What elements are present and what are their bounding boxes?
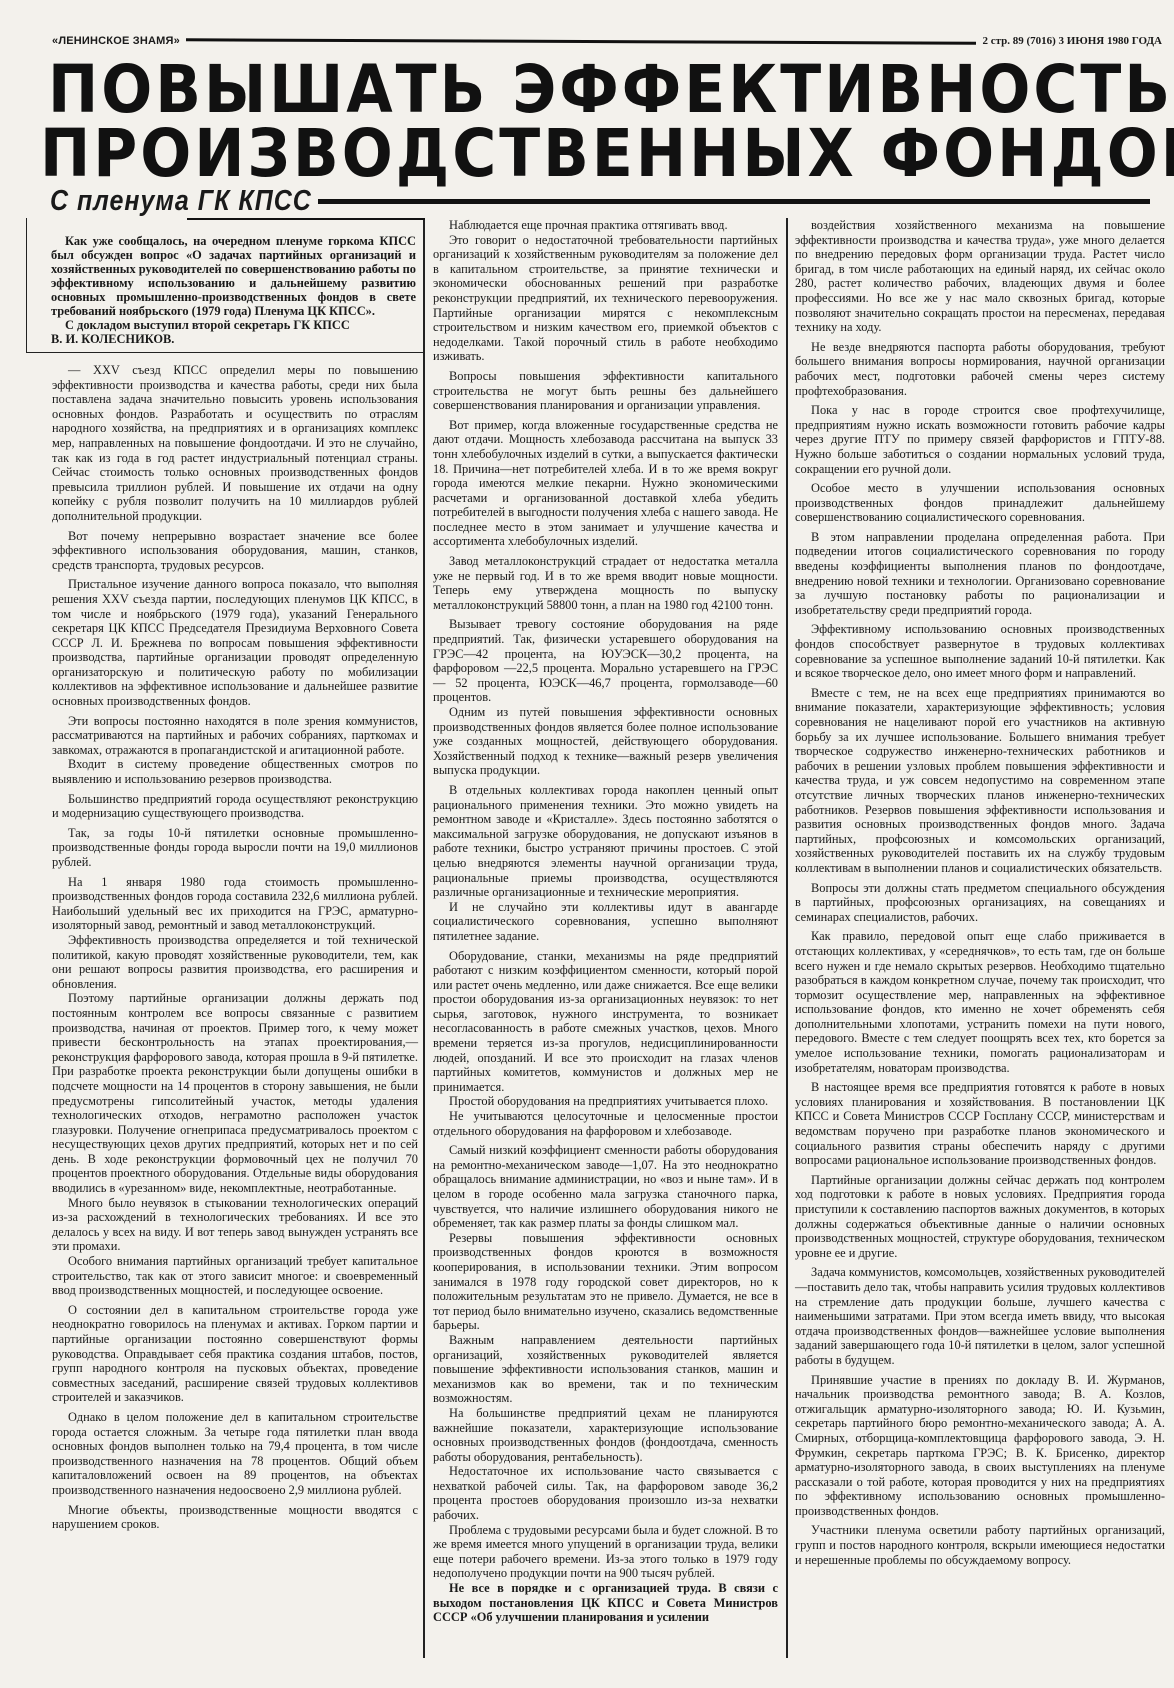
paragraph: В этом направлении проделана определенна… [795, 530, 1165, 618]
paragraph: Большинство предприятий города осуществл… [52, 792, 418, 821]
paragraph: Задача коммунистов, комсомольцев, хозяйс… [795, 1265, 1165, 1367]
paragraph: Недостаточное их использование часто свя… [433, 1464, 778, 1522]
paragraph: Оборудование, станки, механизмы на ряде … [433, 949, 778, 1095]
paragraph: Не все в порядке и с организацией труда.… [433, 1581, 778, 1625]
paragraph: Особое место в улучшении использования о… [795, 481, 1165, 525]
masthead-rule [186, 38, 976, 44]
paragraph: Наблюдается еще прочная практика оттягив… [433, 218, 778, 233]
paragraph: Не учитываются целосуточные и целосменны… [433, 1109, 778, 1138]
paragraph: Пристальное изучение данного вопроса пок… [52, 577, 418, 708]
paragraph: Эти вопросы постоянно находятся в поле з… [52, 714, 418, 758]
paragraph: Входит в систему проведение общественных… [52, 757, 418, 786]
paragraph: Много было неувязок в стыковании техноло… [52, 1196, 418, 1254]
paragraph: Участники пленума осветили работу партий… [795, 1523, 1165, 1567]
issue-info: 2 стр. 89 (7016) 3 ИЮНЯ 1980 ГОДА [982, 35, 1162, 47]
paragraph: Эффективность производства определяется … [52, 933, 418, 991]
paragraph: Пока у нас в городе строится свое профте… [795, 403, 1165, 476]
paragraph: В настоящее время все предприятия готовя… [795, 1080, 1165, 1168]
paragraph: Особого внимания партийных организаций т… [52, 1254, 418, 1298]
paragraph: Не везде внедряются паспорта работы обор… [795, 340, 1165, 398]
paragraph: Как правило, передовой опыт еще слабо пр… [795, 929, 1165, 1075]
paragraph: Простой оборудования на предприятиях учи… [433, 1094, 778, 1109]
headline-line-2: ПРОИЗВОДСТВЕННЫХ ФОНДОВ [40, 119, 1140, 189]
article-column-1: Как уже сообщалось, на очередном пленуме… [52, 218, 418, 1537]
paragraph: Одним из путей повышения эффективности о… [433, 705, 778, 778]
paragraph: Важным направлением деятельности партийн… [433, 1333, 778, 1406]
paragraph: Вопросы повышения эффективности капиталь… [433, 369, 778, 413]
newspaper-name: «ЛЕНИНСКОЕ ЗНАМЯ» [52, 35, 180, 47]
paragraph: В отдельных коллективах города накоплен … [433, 783, 778, 900]
column-divider [786, 218, 788, 1658]
paragraph: Это говорит о недостаточной требовательн… [433, 233, 778, 364]
article-column-2: Наблюдается еще прочная практика оттягив… [433, 218, 778, 1625]
paragraph: Принявшие участие в прениях по докладу В… [795, 1373, 1165, 1519]
paragraph: Вместе с тем, не на всех еще предприятия… [795, 686, 1165, 876]
paragraph: Завод металлоконструкций страдает от нед… [433, 554, 778, 612]
paragraph: О состоянии дел в капитальном строительс… [52, 1303, 418, 1405]
paragraph: Партийные организации должны сейчас держ… [795, 1173, 1165, 1261]
paragraph: И не случайно эти коллективы идут в аван… [433, 900, 778, 944]
paragraph: Вот пример, когда вложенные государствен… [433, 418, 778, 549]
paragraph: Самый низкий коэффициент сменности работ… [433, 1143, 778, 1231]
paragraph: — XXV съезд КПСС определил меры по повыш… [52, 363, 418, 524]
paragraph: Проблема с трудовыми ресурсами была и бу… [433, 1523, 778, 1581]
paragraph: Резервы повышения эффективности основных… [433, 1231, 778, 1333]
headline: ПОВЫШАТЬ ЭФФЕКТИВНОСТЬ ПРОИЗВОДСТВЕННЫХ … [40, 58, 1140, 186]
lead-text: Как уже сообщалось, на очередном пленуме… [51, 234, 416, 318]
lead-speaker-name: В. И. КОЛЕСНИКОВ. [51, 332, 416, 346]
paragraph: Эффективному использованию основных прои… [795, 622, 1165, 680]
paragraph: Однако в целом положение дел в капитальн… [52, 1410, 418, 1498]
masthead: «ЛЕНИНСКОЕ ЗНАМЯ» 2 стр. 89 (7016) 3 ИЮН… [52, 30, 1162, 52]
rubric-rule [318, 199, 1150, 204]
paragraph: воздействия хозяйственного механизма на … [795, 218, 1165, 335]
paragraph: Многие объекты, производственные мощност… [52, 1503, 418, 1532]
rubric-label: С пленума ГК КПСС [50, 185, 312, 218]
paragraph: На 1 января 1980 года стоимость промышле… [52, 875, 418, 933]
newspaper-page: «ЛЕНИНСКОЕ ЗНАМЯ» 2 стр. 89 (7016) 3 ИЮН… [0, 0, 1174, 1688]
rubric: С пленума ГК КПСС [50, 187, 1150, 216]
paragraph: Так, за годы 10-й пятилетки основные про… [52, 826, 418, 870]
article-column-3: воздействия хозяйственного механизма на … [795, 218, 1165, 1572]
paragraph: На большинстве предприятий цехам не план… [433, 1406, 778, 1464]
paragraph: Поэтому партийные организации должны дер… [52, 991, 418, 1195]
paragraph: Вот почему непрерывно возрастает значени… [52, 529, 418, 573]
lead-speaker-line: С докладом выступил второй секретарь ГК … [51, 318, 416, 332]
paragraph: Вопросы эти должны стать предметом специ… [795, 881, 1165, 925]
paragraph: Вызывает тревогу состояние оборудования … [433, 617, 778, 705]
lead-box: Как уже сообщалось, на очередном пленуме… [26, 218, 425, 353]
column-divider [423, 218, 425, 1658]
